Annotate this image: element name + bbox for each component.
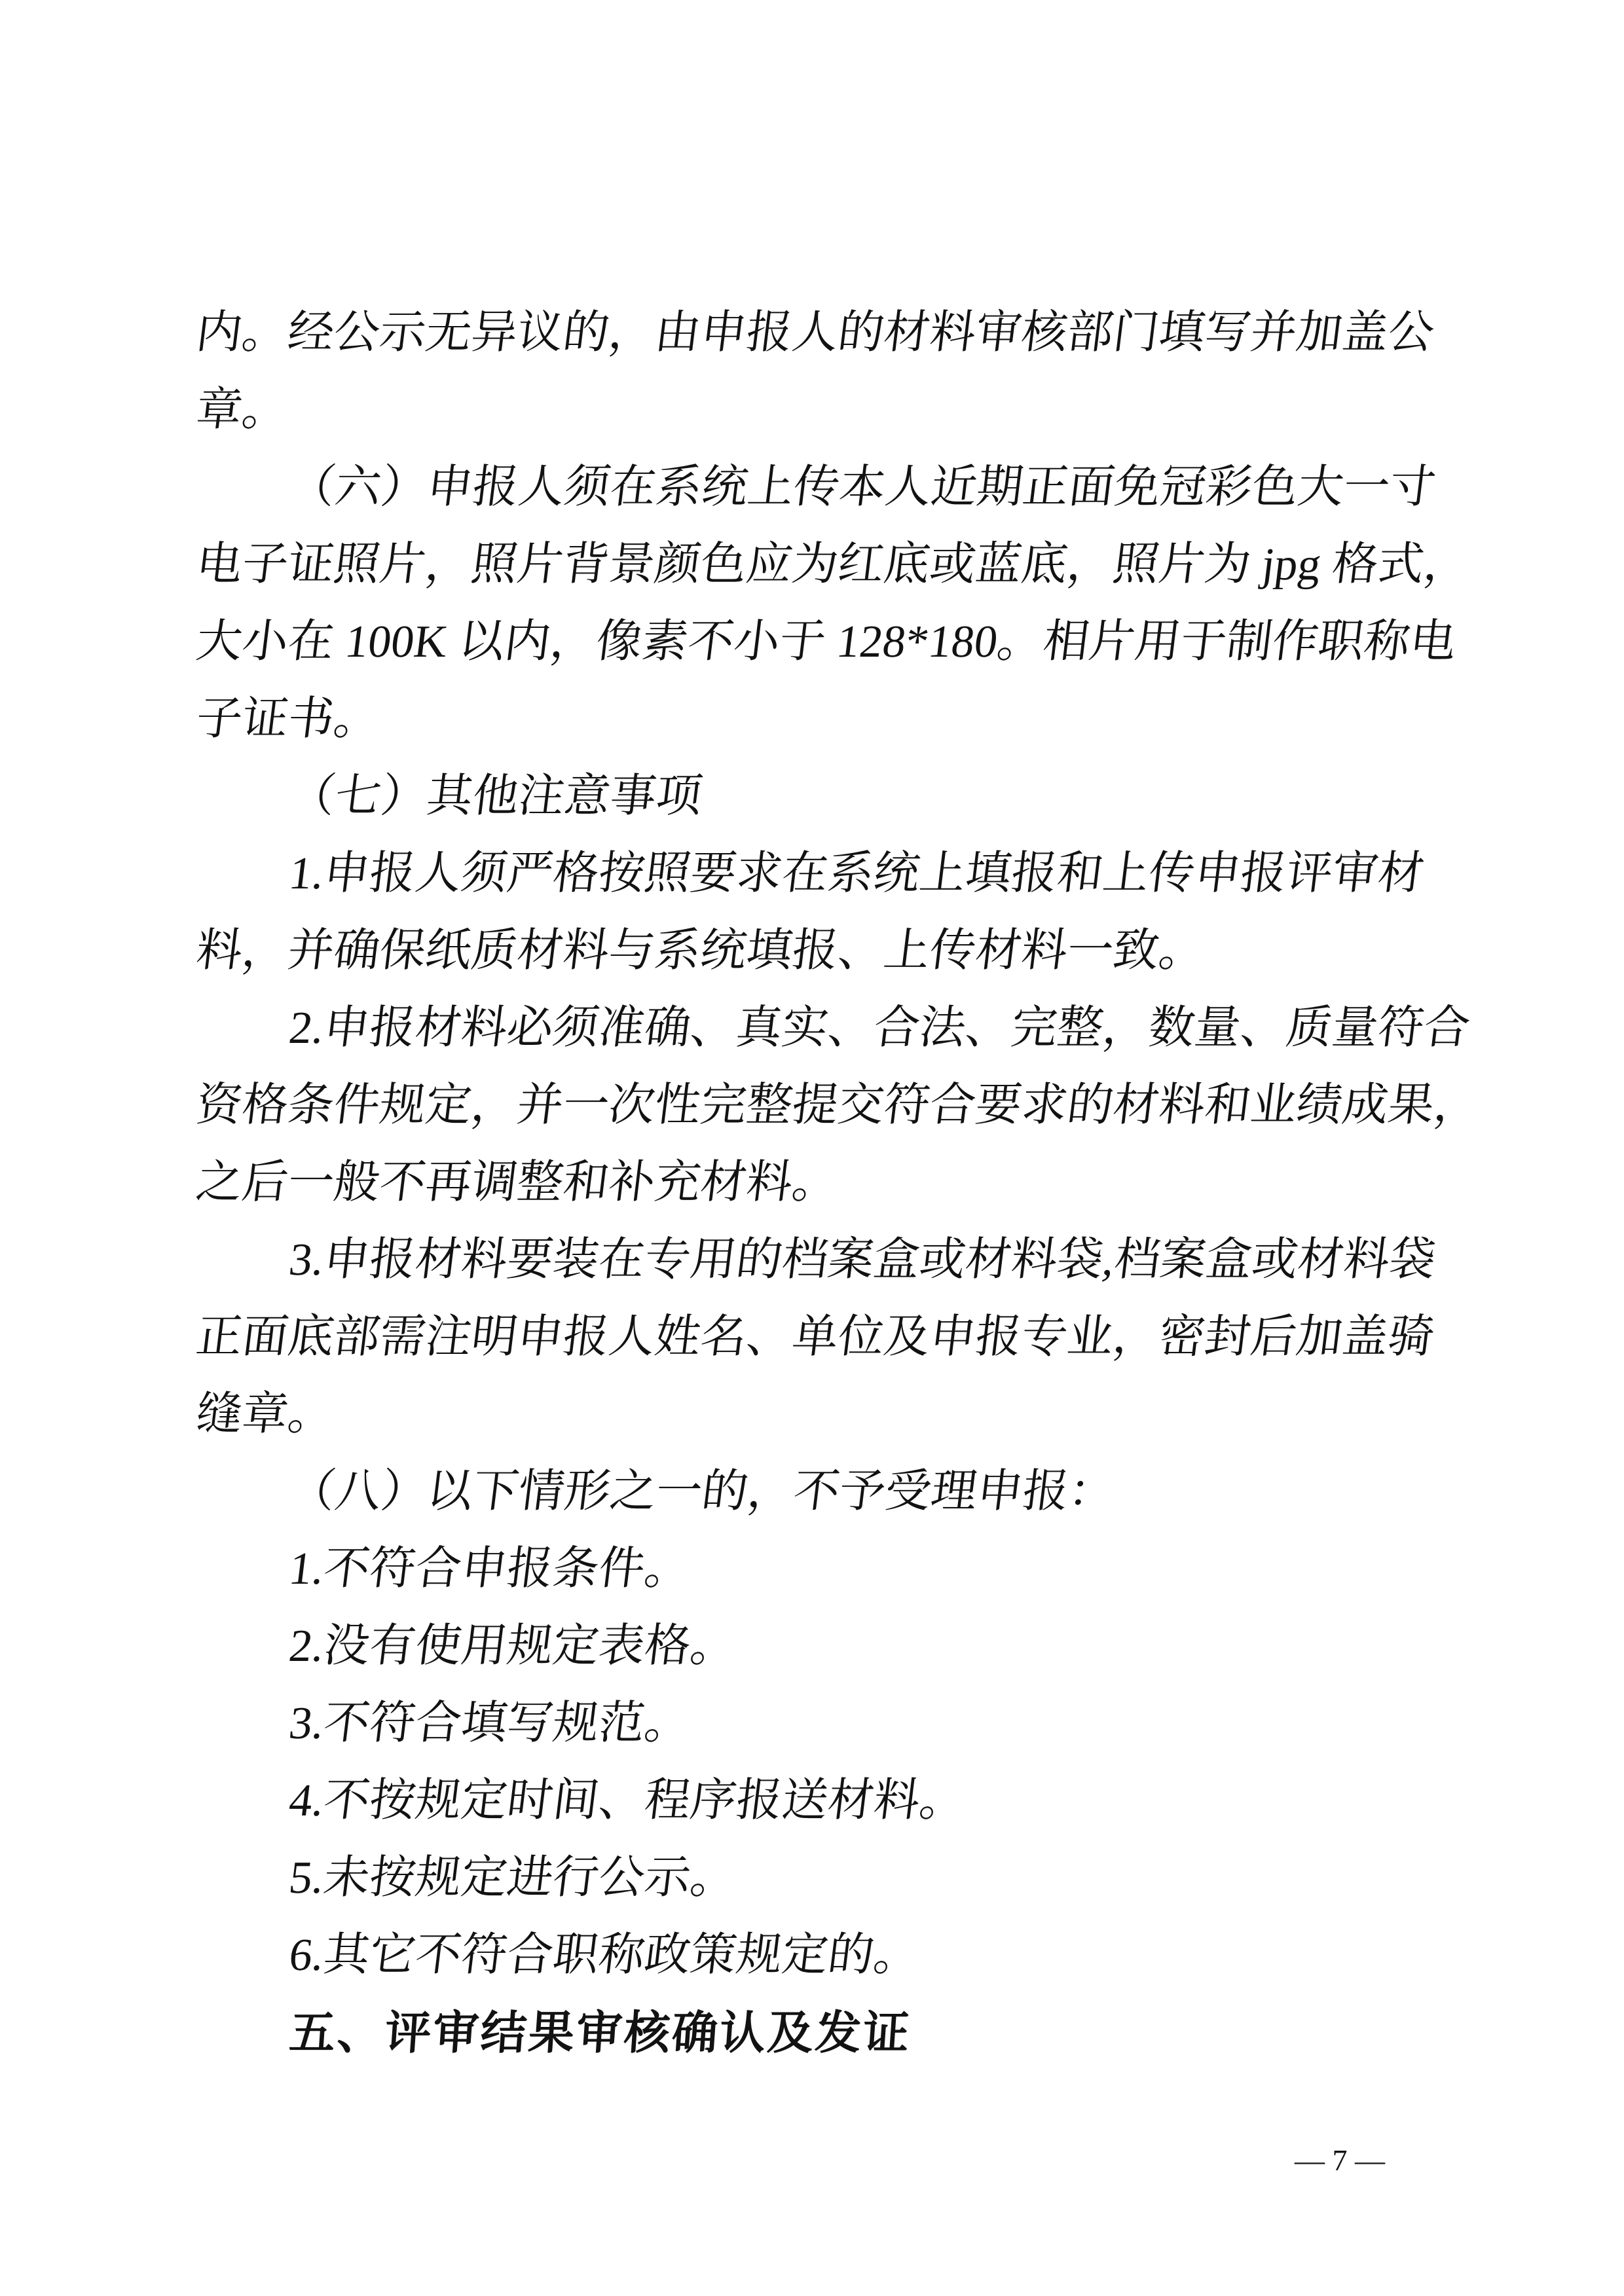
document-line: 大小在 100K 以内，像素不小于 128*180。相片用于制作职称电	[192, 604, 1435, 681]
document-line: 5.未按规定进行公示。	[192, 1840, 1435, 1917]
document-line: 1.申报人须严格按照要求在系统上填报和上传申报评审材	[192, 835, 1435, 913]
document-line: 料，并确保纸质材料与系统填报、上传材料一致。	[192, 913, 1435, 990]
document-body: 内。经公示无异议的，由申报人的材料审核部门填写并加盖公章。（六）申报人须在系统上…	[196, 295, 1431, 2071]
document-line: 缝章。	[192, 1376, 1435, 1453]
document-line: 章。	[192, 372, 1435, 449]
document-line: 3.不符合填写规范。	[192, 1685, 1435, 1762]
page-number: — 7 —	[1295, 2141, 1385, 2180]
document-line: 正面底部需注明申报人姓名、单位及申报专业，密封后加盖骑	[192, 1299, 1435, 1376]
document-line: 电子证照片，照片背景颜色应为红底或蓝底，照片为 jpg 格式，	[192, 526, 1435, 604]
document-line: 2.没有使用规定表格。	[192, 1608, 1435, 1685]
document-line: （八）以下情形之一的，不予受理申报：	[192, 1453, 1435, 1531]
document-line: 1.不符合申报条件。	[192, 1531, 1435, 1608]
document-line: 内。经公示无异议的，由申报人的材料审核部门填写并加盖公	[192, 295, 1435, 372]
document-line: 之后一般不再调整和补充材料。	[192, 1144, 1435, 1222]
document-line: 资格条件规定，并一次性完整提交符合要求的材料和业绩成果，	[192, 1067, 1435, 1144]
document-line: 2.申报材料必须准确、真实、合法、完整，数量、质量符合	[192, 990, 1435, 1067]
document-line: 子证书。	[192, 681, 1435, 758]
document-line: （七）其他注意事项	[192, 758, 1435, 835]
document-line: （六）申报人须在系统上传本人近期正面免冠彩色大一寸	[192, 449, 1435, 526]
document-line: 3.申报材料要装在专用的档案盒或材料袋,档案盒或材料袋	[192, 1222, 1435, 1299]
document-line: 6.其它不符合职称政策规定的。	[192, 1917, 1435, 1994]
document-page: 内。经公示无异议的，由申报人的材料审核部门填写并加盖公章。（六）申报人须在系统上…	[0, 0, 1624, 2296]
section-heading: 五、评审结果审核确认及发证	[194, 1994, 1433, 2071]
document-line: 4.不按规定时间、程序报送材料。	[192, 1762, 1435, 1840]
